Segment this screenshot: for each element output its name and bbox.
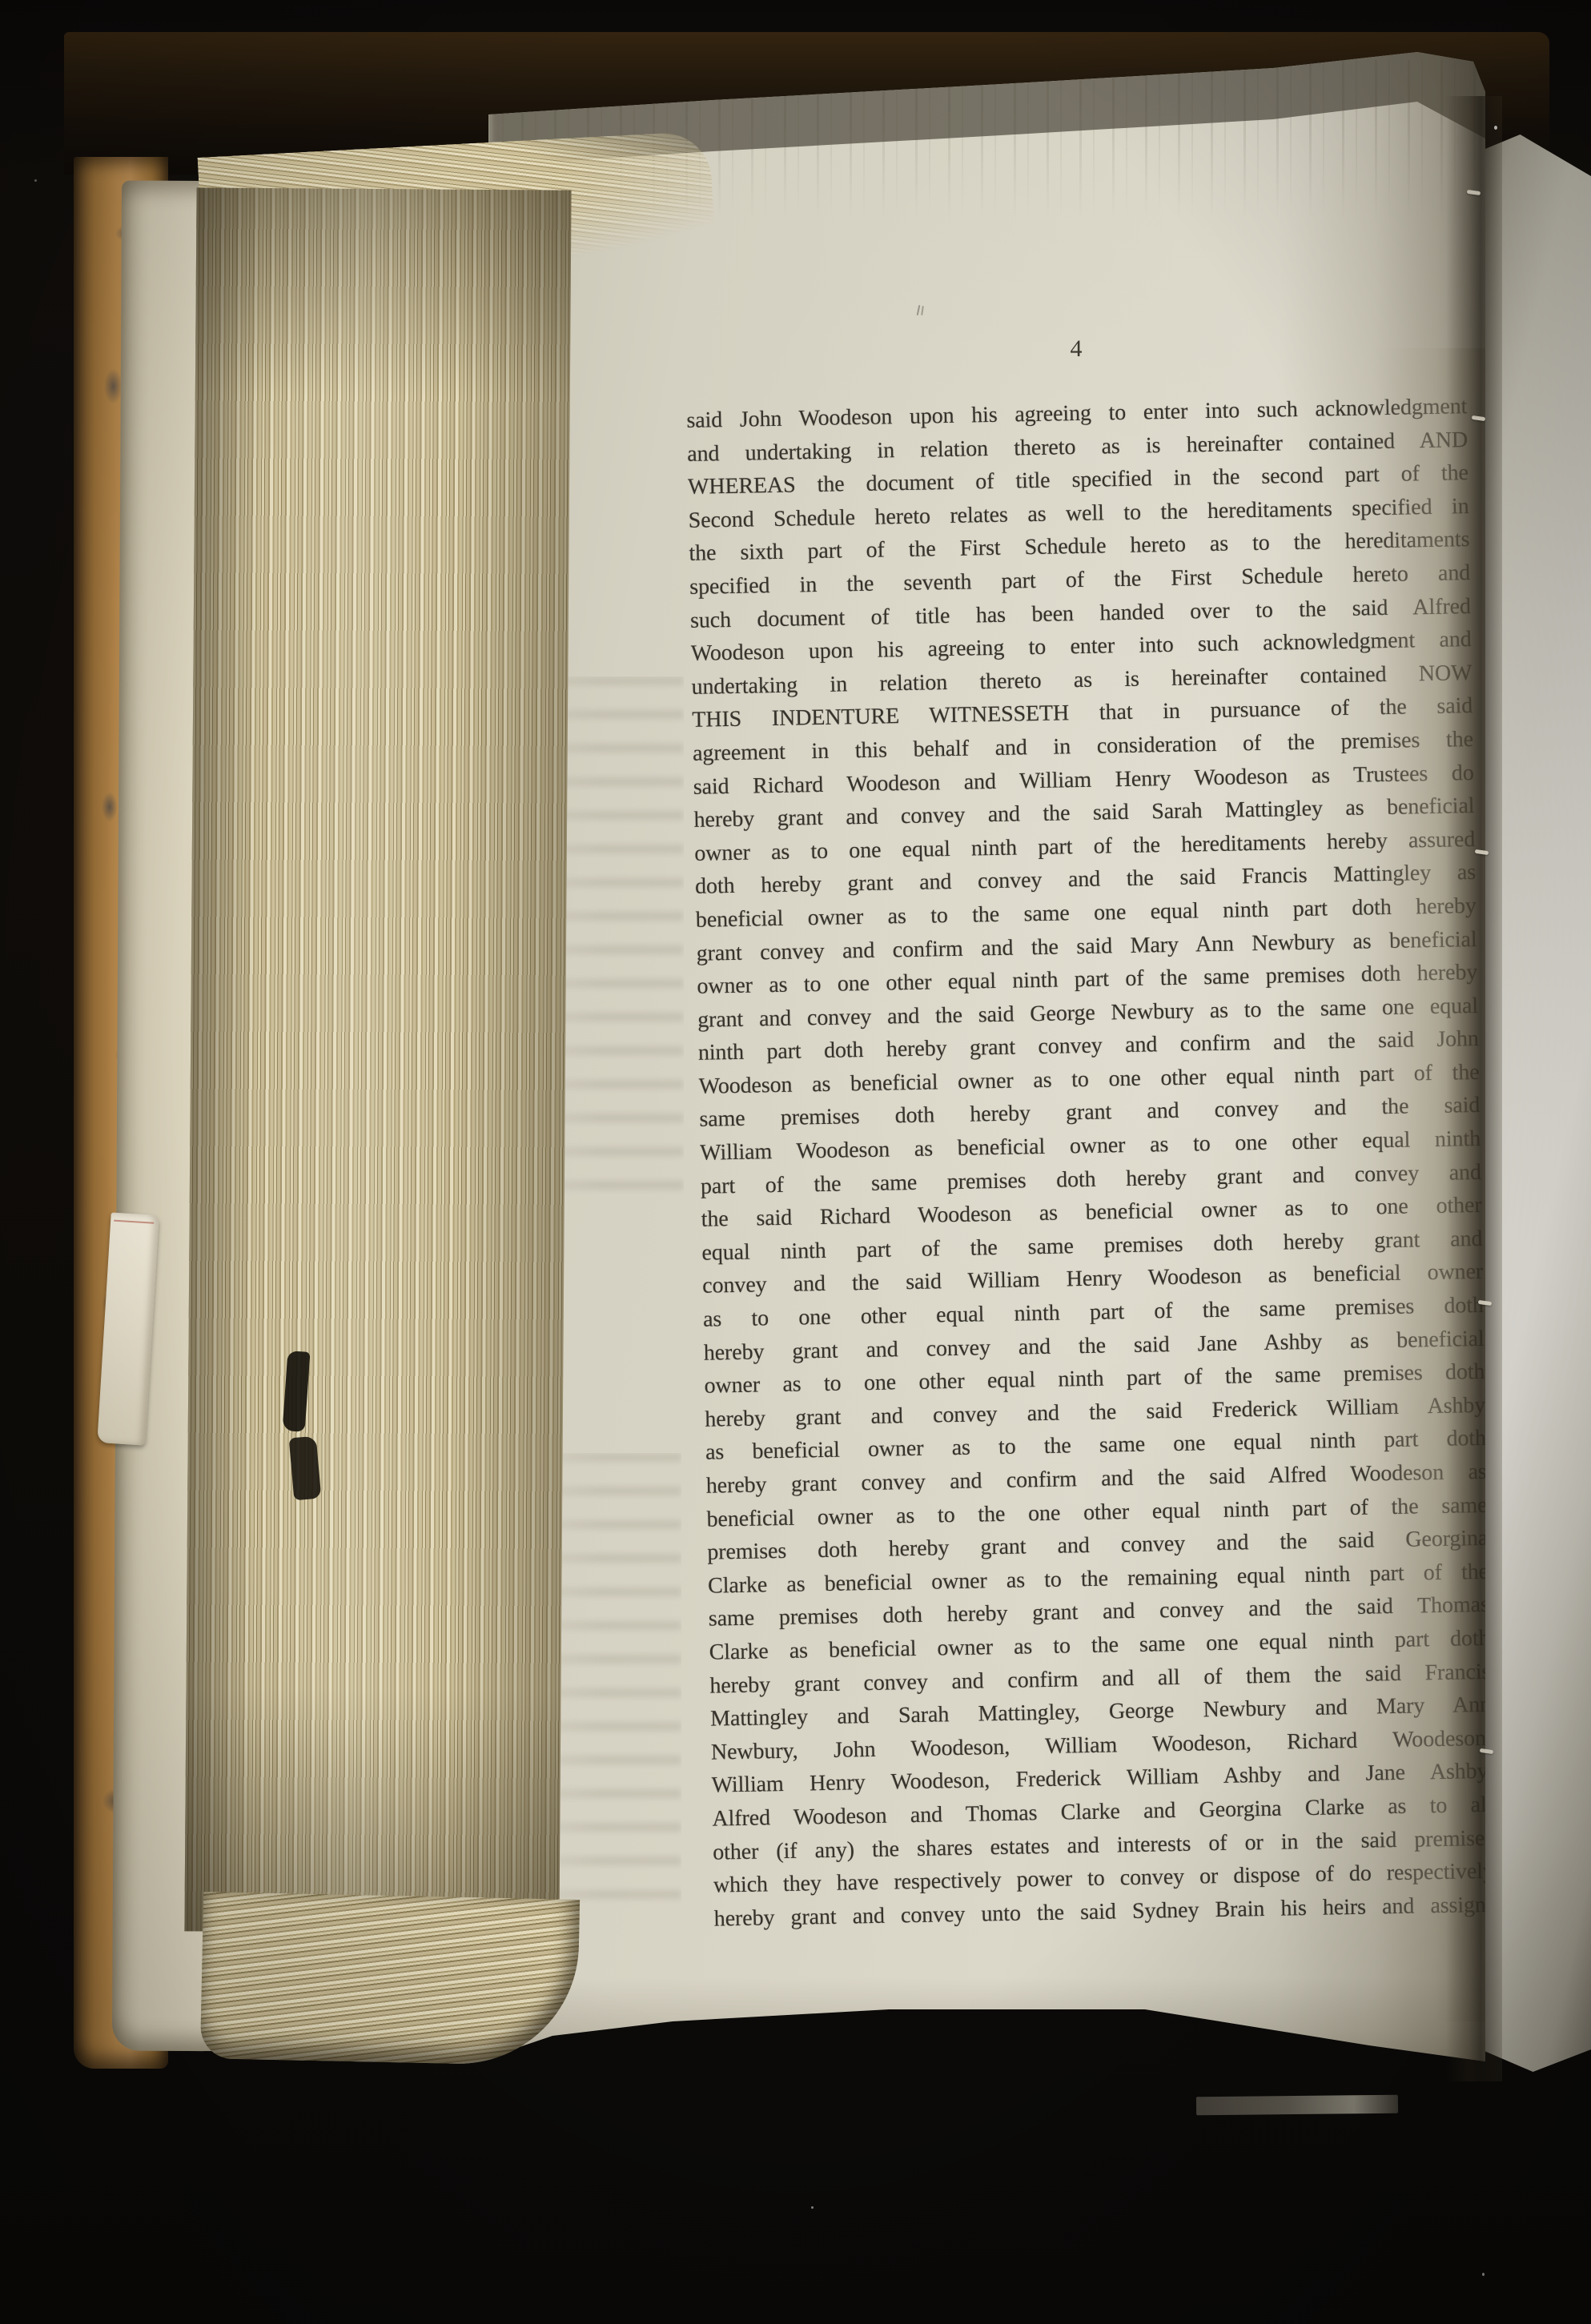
book-board-bottom-edge bbox=[1196, 2095, 1398, 2116]
smudge-mark bbox=[911, 305, 927, 318]
dust-speck bbox=[34, 179, 37, 182]
page-stack-bottom-edges bbox=[200, 1892, 580, 2066]
dust-speck bbox=[1494, 126, 1497, 130]
book-scan-photo: 4 said John Woodeson upon his agreeing t… bbox=[0, 0, 1591, 2324]
page-stack-edges bbox=[184, 187, 571, 1933]
dust-speck bbox=[1482, 2273, 1485, 2276]
book-page: 4 said John Woodeson upon his agreeing t… bbox=[488, 44, 1493, 2097]
gutter-shadow bbox=[1446, 96, 1502, 2081]
dust-speck bbox=[811, 2206, 814, 2209]
ink-blot bbox=[289, 1436, 322, 1501]
